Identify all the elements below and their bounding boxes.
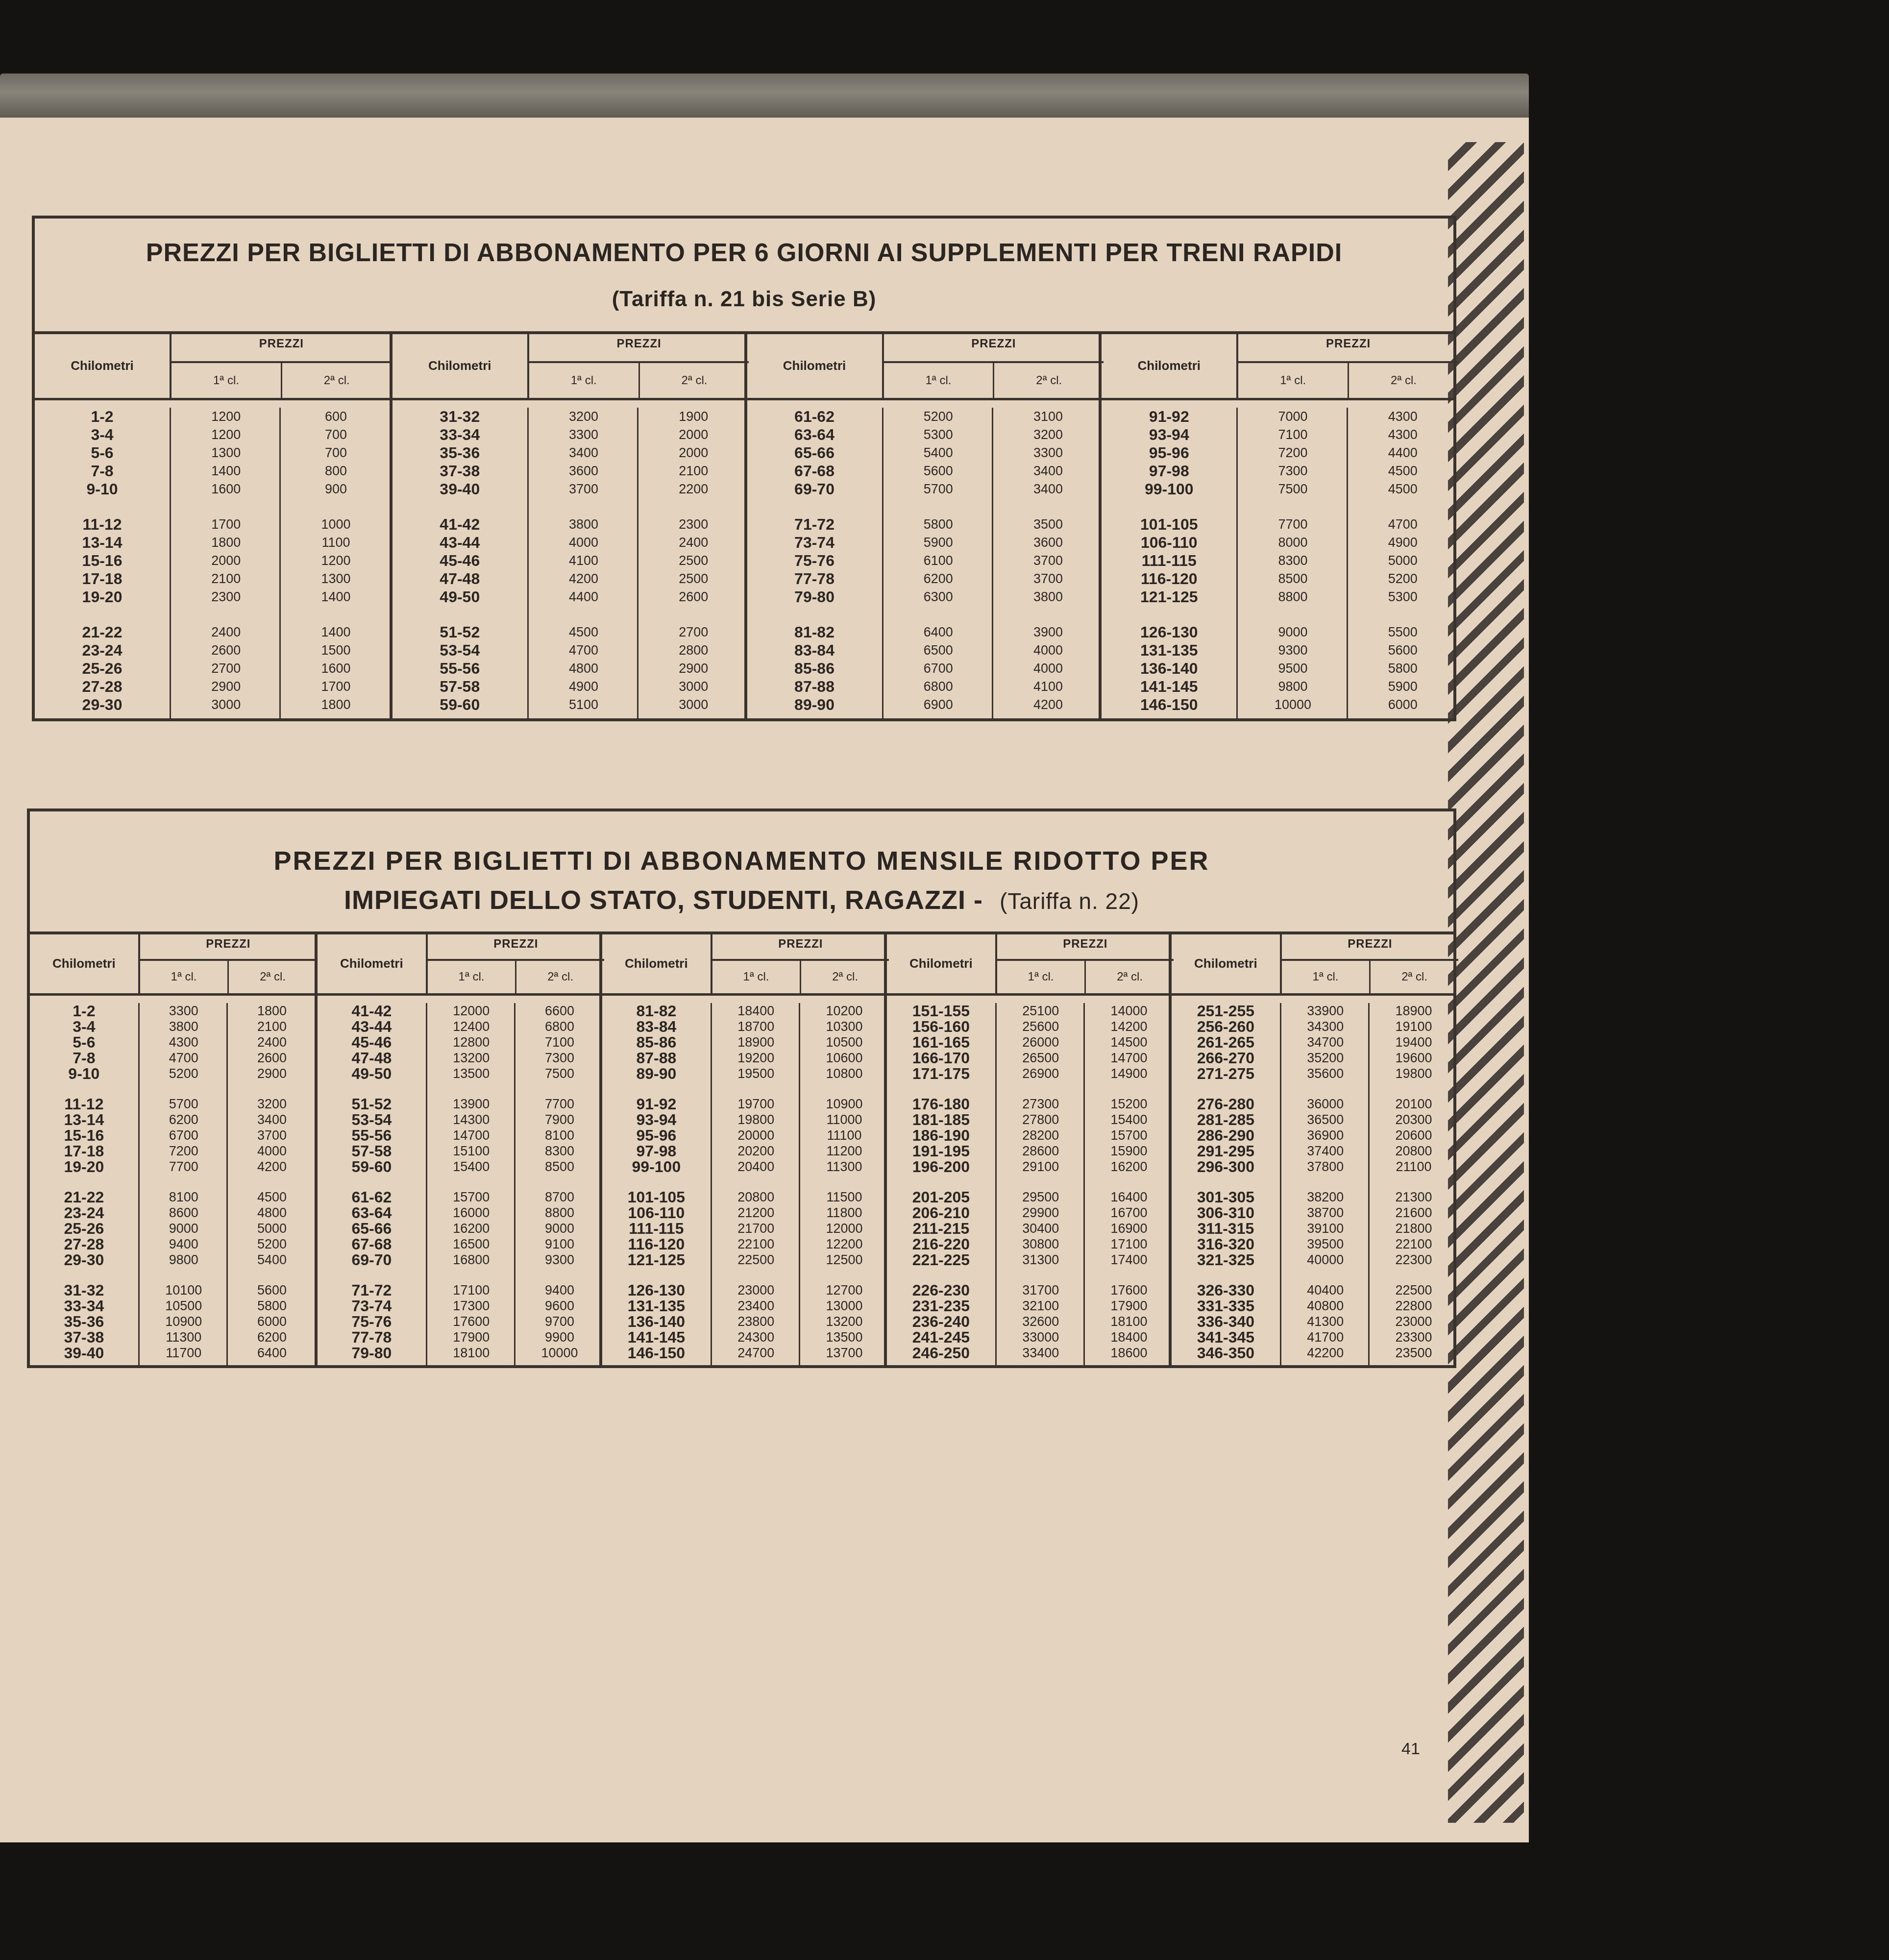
km-range: 27-28 xyxy=(35,678,170,696)
header-chilometri: Chilometri xyxy=(747,358,882,373)
price-cell: 18900 xyxy=(712,1034,800,1050)
book-page-edge xyxy=(0,73,1529,120)
km-range: 7-8 xyxy=(30,1050,138,1066)
price-cell: 31700 xyxy=(997,1282,1085,1298)
price-cell: 2100 xyxy=(638,462,748,480)
price-cell: 7100 xyxy=(515,1034,604,1050)
price-cell: 2400 xyxy=(638,534,748,552)
row-spacer xyxy=(30,1268,138,1282)
price-cell: 9600 xyxy=(515,1298,604,1314)
price-cell: 5700 xyxy=(140,1096,228,1112)
km-range: 25-26 xyxy=(30,1221,138,1236)
price-cell: 16900 xyxy=(1085,1221,1173,1236)
price-cell: 12700 xyxy=(800,1282,888,1298)
row-spacer xyxy=(427,1268,515,1282)
km-range: 35-36 xyxy=(30,1314,138,1329)
km-range: 91-92 xyxy=(1102,408,1236,426)
row-spacer xyxy=(281,606,391,623)
price-cell: 10800 xyxy=(800,1066,888,1081)
price-cell: 3400 xyxy=(228,1112,316,1127)
column-second-class: 1890019100194001960019800201002030020600… xyxy=(1368,1003,1458,1365)
header-class-row: 1ª cl.2ª cl. xyxy=(884,361,1104,398)
header-chilometri: Chilometri xyxy=(393,358,527,373)
header-second-class: 2ª cl. xyxy=(1084,961,1174,993)
price-cell: 9800 xyxy=(1238,678,1348,696)
table-column-group: ChilometriPREZZI1ª cl.2ª cl.81-8283-8485… xyxy=(599,934,887,1365)
price-cell: 5800 xyxy=(1348,660,1458,678)
km-range: 111-115 xyxy=(1102,552,1236,570)
price-cell: 9000 xyxy=(140,1221,228,1236)
row-spacer xyxy=(997,1175,1085,1189)
price-cell: 24300 xyxy=(712,1329,800,1345)
price-cell: 34700 xyxy=(1281,1034,1370,1050)
price-cell: 1400 xyxy=(171,462,281,480)
price-cell: 11300 xyxy=(140,1329,228,1345)
km-range: 281-285 xyxy=(1172,1112,1280,1127)
row-spacer xyxy=(883,498,993,515)
km-range: 19-20 xyxy=(35,588,170,606)
table-6-day-pass-rapid-supplement: PREZZI PER BIGLIETTI DI ABBONAMENTO PER … xyxy=(32,216,1456,721)
price-cell: 2900 xyxy=(228,1066,316,1081)
km-range: 93-94 xyxy=(602,1112,711,1127)
price-cell: 2700 xyxy=(171,660,281,678)
price-cell: 21800 xyxy=(1370,1221,1458,1236)
km-range: 5-6 xyxy=(30,1034,138,1050)
price-cell: 7700 xyxy=(1238,515,1348,534)
price-cell: 31300 xyxy=(997,1252,1085,1268)
price-cell: 700 xyxy=(281,426,391,444)
column-second-class: 1020010300105001060010800109001100011100… xyxy=(799,1003,888,1365)
header-chilometri: Chilometri xyxy=(887,956,995,971)
row-spacer xyxy=(1238,606,1348,623)
price-cell: 6700 xyxy=(140,1127,228,1143)
km-range: 41-42 xyxy=(318,1003,426,1019)
km-range: 25-26 xyxy=(35,660,170,678)
km-range: 306-310 xyxy=(1172,1205,1280,1221)
price-cell: 6300 xyxy=(883,588,993,606)
km-range: 146-150 xyxy=(602,1345,711,1361)
header-chilometri: Chilometri xyxy=(318,956,426,971)
km-range: 3-4 xyxy=(35,426,170,444)
price-cell: 600 xyxy=(281,408,391,426)
table1-subtitle: (Tariffa n. 21 bis Serie B) xyxy=(35,287,1453,312)
price-cell: 13700 xyxy=(800,1345,888,1361)
price-cell: 23800 xyxy=(712,1314,800,1329)
row-spacer xyxy=(1281,1268,1370,1282)
header-prezzi-label: PREZZI xyxy=(428,937,604,951)
price-cell: 3400 xyxy=(529,444,638,462)
km-range: 106-110 xyxy=(1102,534,1236,552)
price-cell: 5000 xyxy=(1348,552,1458,570)
price-cell: 800 xyxy=(281,462,391,480)
km-range: 5-6 xyxy=(35,444,170,462)
km-range: 59-60 xyxy=(318,1159,426,1175)
km-range: 75-76 xyxy=(318,1314,426,1329)
price-cell: 11800 xyxy=(800,1205,888,1221)
row-spacer xyxy=(712,1081,800,1096)
km-range: 236-240 xyxy=(887,1314,995,1329)
row-spacer xyxy=(427,1081,515,1096)
price-cell: 10900 xyxy=(800,1096,888,1112)
price-cell: 9400 xyxy=(140,1236,228,1252)
header-second-class: 2ª cl. xyxy=(800,961,889,993)
km-range: 31-32 xyxy=(30,1282,138,1298)
price-cell: 2600 xyxy=(638,588,748,606)
price-cell: 2300 xyxy=(638,515,748,534)
header-first-class: 1ª cl. xyxy=(529,363,638,398)
price-cell: 6500 xyxy=(883,641,993,660)
km-range: 49-50 xyxy=(393,588,527,606)
km-range: 47-48 xyxy=(393,570,527,588)
table-column-group: ChilometriPREZZI1ª cl.2ª cl.41-4243-4445… xyxy=(315,934,602,1365)
row-spacer xyxy=(228,1081,316,1096)
row-spacer xyxy=(800,1081,888,1096)
row-spacer xyxy=(993,498,1103,515)
row-spacer xyxy=(515,1268,604,1282)
price-cell: 8100 xyxy=(515,1127,604,1143)
km-range: 53-54 xyxy=(318,1112,426,1127)
header-prezzi-label: PREZZI xyxy=(1238,337,1458,351)
price-cell: 22100 xyxy=(712,1236,800,1252)
price-cell: 2700 xyxy=(638,623,748,641)
price-cell: 11100 xyxy=(800,1127,888,1143)
price-cell: 17300 xyxy=(427,1298,515,1314)
km-range: 171-175 xyxy=(887,1066,995,1081)
price-cell: 5000 xyxy=(228,1221,316,1236)
header-prezzi: PREZZI1ª cl.2ª cl. xyxy=(995,934,1174,993)
price-cell: 10100 xyxy=(140,1282,228,1298)
km-range: 41-42 xyxy=(393,515,527,534)
price-cell: 5600 xyxy=(228,1282,316,1298)
price-cell: 26000 xyxy=(997,1034,1085,1050)
price-cell: 29500 xyxy=(997,1189,1085,1205)
price-cell: 15900 xyxy=(1085,1143,1173,1159)
km-range: 29-30 xyxy=(35,696,170,714)
price-cell: 1700 xyxy=(171,515,281,534)
row-spacer xyxy=(602,1081,711,1096)
km-range: 19-20 xyxy=(30,1159,138,1175)
row-spacer xyxy=(30,1175,138,1189)
price-cell: 22500 xyxy=(712,1252,800,1268)
header-chilometri: Chilometri xyxy=(35,358,170,373)
header-first-class: 1ª cl. xyxy=(1238,363,1348,398)
column-chilometri: 251-255256-260261-265266-270271-275276-2… xyxy=(1172,1003,1280,1365)
price-cell: 38200 xyxy=(1281,1189,1370,1205)
price-cell: 15700 xyxy=(1085,1127,1173,1143)
price-cell: 16500 xyxy=(427,1236,515,1252)
row-spacer xyxy=(1172,1268,1280,1282)
table-column-group: ChilometriPREZZI1ª cl.2ª cl.31-3233-3435… xyxy=(390,334,747,718)
price-cell: 10000 xyxy=(1238,696,1348,714)
price-cell: 4900 xyxy=(1348,534,1458,552)
price-cell: 8300 xyxy=(1238,552,1348,570)
price-cell: 8800 xyxy=(515,1205,604,1221)
header-first-class: 1ª cl. xyxy=(140,961,228,993)
header-second-class: 2ª cl. xyxy=(638,363,749,398)
table-body: 1-23-45-67-89-1011-1213-1415-1617-1819-2… xyxy=(30,1003,315,1365)
price-cell: 4900 xyxy=(529,678,638,696)
column-header: ChilometriPREZZI1ª cl.2ª cl. xyxy=(30,934,315,996)
column-chilometri: 1-23-45-67-89-1011-1213-1415-1617-1819-2… xyxy=(30,1003,138,1365)
price-cell: 37800 xyxy=(1281,1159,1370,1175)
price-cell: 12800 xyxy=(427,1034,515,1050)
km-range: 116-120 xyxy=(602,1236,711,1252)
price-cell: 6900 xyxy=(883,696,993,714)
price-cell: 4000 xyxy=(228,1143,316,1159)
km-range: 126-130 xyxy=(602,1282,711,1298)
header-second-class: 2ª cl. xyxy=(515,961,604,993)
price-cell: 41300 xyxy=(1281,1314,1370,1329)
price-cell: 3700 xyxy=(993,552,1103,570)
table-body: 91-9293-9495-9697-9899-100101-105106-110… xyxy=(1102,408,1456,718)
header-chilometri: Chilometri xyxy=(602,956,711,971)
price-cell: 1500 xyxy=(281,641,391,660)
header-first-class: 1ª cl. xyxy=(997,961,1085,993)
price-cell: 1800 xyxy=(281,696,391,714)
km-range: 87-88 xyxy=(747,678,882,696)
row-spacer xyxy=(140,1081,228,1096)
price-cell: 9900 xyxy=(515,1329,604,1345)
price-cell: 17600 xyxy=(1085,1282,1173,1298)
price-cell: 26900 xyxy=(997,1066,1085,1081)
km-range: 73-74 xyxy=(747,534,882,552)
price-cell: 9300 xyxy=(515,1252,604,1268)
price-cell: 8100 xyxy=(140,1189,228,1205)
row-spacer xyxy=(529,606,638,623)
row-spacer xyxy=(602,1175,711,1189)
price-cell: 1800 xyxy=(228,1003,316,1019)
km-range: 136-140 xyxy=(602,1314,711,1329)
price-cell: 1700 xyxy=(281,678,391,696)
row-spacer xyxy=(171,498,281,515)
price-cell: 9100 xyxy=(515,1236,604,1252)
price-cell: 36000 xyxy=(1281,1096,1370,1112)
km-range: 216-220 xyxy=(887,1236,995,1252)
price-cell: 22300 xyxy=(1370,1252,1458,1268)
price-cell: 1400 xyxy=(281,588,391,606)
table2-tariff: (Tariffa n. 22) xyxy=(1000,888,1139,914)
km-range: 201-205 xyxy=(887,1189,995,1205)
km-range: 251-255 xyxy=(1172,1003,1280,1019)
price-cell: 26500 xyxy=(997,1050,1085,1066)
price-cell: 3200 xyxy=(529,408,638,426)
km-range: 136-140 xyxy=(1102,660,1236,678)
row-spacer xyxy=(228,1175,316,1189)
price-cell: 7500 xyxy=(1238,480,1348,498)
row-spacer xyxy=(1172,1081,1280,1096)
row-spacer xyxy=(281,498,391,515)
price-cell: 18100 xyxy=(427,1345,515,1361)
row-spacer xyxy=(883,606,993,623)
km-range: 271-275 xyxy=(1172,1066,1280,1081)
price-cell: 18400 xyxy=(1085,1329,1173,1345)
km-range: 331-335 xyxy=(1172,1298,1280,1314)
price-cell: 27300 xyxy=(997,1096,1085,1112)
km-range: 71-72 xyxy=(747,515,882,534)
price-cell: 6000 xyxy=(228,1314,316,1329)
price-cell: 30800 xyxy=(997,1236,1085,1252)
price-cell: 9000 xyxy=(1238,623,1348,641)
price-cell: 17100 xyxy=(427,1282,515,1298)
price-cell: 19600 xyxy=(1370,1050,1458,1066)
header-class-row: 1ª cl.2ª cl. xyxy=(529,361,749,398)
price-cell: 2600 xyxy=(171,641,281,660)
km-range: 51-52 xyxy=(393,623,527,641)
row-spacer xyxy=(35,606,170,623)
price-cell: 6400 xyxy=(883,623,993,641)
price-cell: 2900 xyxy=(171,678,281,696)
price-cell: 4100 xyxy=(993,678,1103,696)
row-spacer xyxy=(800,1175,888,1189)
km-range: 81-82 xyxy=(747,623,882,641)
price-cell: 22800 xyxy=(1370,1298,1458,1314)
header-prezzi-label: PREZZI xyxy=(884,337,1104,351)
header-chilometri: Chilometri xyxy=(1102,358,1236,373)
price-cell: 29100 xyxy=(997,1159,1085,1175)
km-range: 206-210 xyxy=(887,1205,995,1221)
price-cell: 12000 xyxy=(427,1003,515,1019)
row-spacer xyxy=(529,498,638,515)
km-range: 141-145 xyxy=(602,1329,711,1345)
price-cell: 34300 xyxy=(1281,1019,1370,1034)
price-cell: 5500 xyxy=(1348,623,1458,641)
price-cell: 15700 xyxy=(427,1189,515,1205)
header-second-class: 2ª cl. xyxy=(993,363,1104,398)
price-cell: 1000 xyxy=(281,515,391,534)
price-cell: 5900 xyxy=(883,534,993,552)
price-cell: 7100 xyxy=(1238,426,1348,444)
price-cell: 14700 xyxy=(1085,1050,1173,1066)
price-cell: 5400 xyxy=(883,444,993,462)
price-cell: 22500 xyxy=(1370,1282,1458,1298)
price-cell: 33400 xyxy=(997,1345,1085,1361)
price-cell: 23400 xyxy=(712,1298,800,1314)
price-cell: 3800 xyxy=(993,588,1103,606)
price-cell: 4200 xyxy=(993,696,1103,714)
column-header: ChilometriPREZZI1ª cl.2ª cl. xyxy=(393,334,747,400)
km-range: 131-135 xyxy=(602,1298,711,1314)
row-spacer xyxy=(515,1081,604,1096)
table1-title: PREZZI PER BIGLIETTI DI ABBONAMENTO PER … xyxy=(35,238,1453,268)
header-class-row: 1ª cl.2ª cl. xyxy=(1282,959,1458,993)
price-cell: 5800 xyxy=(228,1298,316,1314)
price-cell: 23300 xyxy=(1370,1329,1458,1345)
price-cell: 4300 xyxy=(140,1034,228,1050)
km-range: 47-48 xyxy=(318,1050,426,1066)
column-first-class: 2510025600260002650026900273002780028200… xyxy=(995,1003,1085,1365)
table-body: 61-6263-6465-6667-6869-7071-7273-7475-76… xyxy=(747,408,1102,718)
price-cell: 4700 xyxy=(1348,515,1458,534)
header-first-class: 1ª cl. xyxy=(712,961,800,993)
price-cell: 2300 xyxy=(171,588,281,606)
header-class-row: 1ª cl.2ª cl. xyxy=(428,959,604,993)
price-cell: 19500 xyxy=(712,1066,800,1081)
km-range: 31-32 xyxy=(393,408,527,426)
header-prezzi: PREZZI1ª cl.2ª cl. xyxy=(711,934,889,993)
km-range: 261-265 xyxy=(1172,1034,1280,1050)
price-cell: 28600 xyxy=(997,1143,1085,1159)
column-chilometri: 91-9293-9495-9697-9899-100101-105106-110… xyxy=(1102,408,1236,718)
km-range: 336-340 xyxy=(1172,1314,1280,1329)
price-cell: 9500 xyxy=(1238,660,1348,678)
price-cell: 4500 xyxy=(228,1189,316,1205)
km-range: 61-62 xyxy=(747,408,882,426)
price-cell: 15400 xyxy=(427,1159,515,1175)
km-range: 57-58 xyxy=(318,1143,426,1159)
price-cell: 6800 xyxy=(515,1019,604,1034)
price-cell: 18600 xyxy=(1085,1345,1173,1361)
price-cell: 13200 xyxy=(800,1314,888,1329)
price-cell: 20000 xyxy=(712,1127,800,1143)
km-range: 67-68 xyxy=(747,462,882,480)
row-spacer xyxy=(1370,1175,1458,1189)
km-range: 97-98 xyxy=(1102,462,1236,480)
price-cell: 4800 xyxy=(228,1205,316,1221)
row-spacer xyxy=(1348,498,1458,515)
price-cell: 37400 xyxy=(1281,1143,1370,1159)
km-range: 27-28 xyxy=(30,1236,138,1252)
price-cell: 13000 xyxy=(800,1298,888,1314)
column-second-class: 1900200020002100220023002400250025002600… xyxy=(637,408,748,718)
km-range: 81-82 xyxy=(602,1003,711,1019)
table-body: 31-3233-3435-3637-3839-4041-4243-4445-46… xyxy=(393,408,747,718)
km-range: 101-105 xyxy=(1102,515,1236,534)
price-cell: 14900 xyxy=(1085,1066,1173,1081)
header-prezzi-label: PREZZI xyxy=(712,937,889,951)
price-cell: 4700 xyxy=(140,1050,228,1066)
km-range: 15-16 xyxy=(30,1127,138,1143)
km-range: 21-22 xyxy=(30,1189,138,1205)
price-cell: 20100 xyxy=(1370,1096,1458,1112)
column-header: ChilometriPREZZI1ª cl.2ª cl. xyxy=(35,334,390,400)
km-range: 39-40 xyxy=(30,1345,138,1361)
price-cell: 23000 xyxy=(1370,1314,1458,1329)
price-cell: 24700 xyxy=(712,1345,800,1361)
header-class-row: 1ª cl.2ª cl. xyxy=(712,959,889,993)
price-cell: 21300 xyxy=(1370,1189,1458,1205)
price-cell: 39500 xyxy=(1281,1236,1370,1252)
price-cell: 20800 xyxy=(1370,1143,1458,1159)
price-cell: 15200 xyxy=(1085,1096,1173,1112)
column-chilometri: 1-23-45-67-89-1011-1213-1415-1617-1819-2… xyxy=(35,408,170,718)
row-spacer xyxy=(30,1081,138,1096)
price-cell: 20200 xyxy=(712,1143,800,1159)
price-cell: 10500 xyxy=(800,1034,888,1050)
table1-grid: ChilometriPREZZI1ª cl.2ª cl.1-23-45-67-8… xyxy=(35,331,1453,718)
price-cell: 19800 xyxy=(1370,1066,1458,1081)
price-cell: 5800 xyxy=(883,515,993,534)
km-range: 57-58 xyxy=(393,678,527,696)
km-range: 161-165 xyxy=(887,1034,995,1050)
km-range: 196-200 xyxy=(887,1159,995,1175)
km-range: 71-72 xyxy=(318,1282,426,1298)
km-range: 266-270 xyxy=(1172,1050,1280,1066)
price-cell: 33900 xyxy=(1281,1003,1370,1019)
price-cell: 6100 xyxy=(883,552,993,570)
header-prezzi: PREZZI1ª cl.2ª cl. xyxy=(426,934,604,993)
price-cell: 2400 xyxy=(171,623,281,641)
km-range: 221-225 xyxy=(887,1252,995,1268)
price-cell: 21100 xyxy=(1370,1159,1458,1175)
price-cell: 5900 xyxy=(1348,678,1458,696)
row-spacer xyxy=(318,1081,426,1096)
km-range: 51-52 xyxy=(318,1096,426,1112)
price-cell: 7000 xyxy=(1238,408,1348,426)
header-prezzi-label: PREZZI xyxy=(997,937,1174,951)
price-cell: 21600 xyxy=(1370,1205,1458,1221)
header-first-class: 1ª cl. xyxy=(428,961,515,993)
table2-grid: ChilometriPREZZI1ª cl.2ª cl.1-23-45-67-8… xyxy=(30,931,1453,1365)
